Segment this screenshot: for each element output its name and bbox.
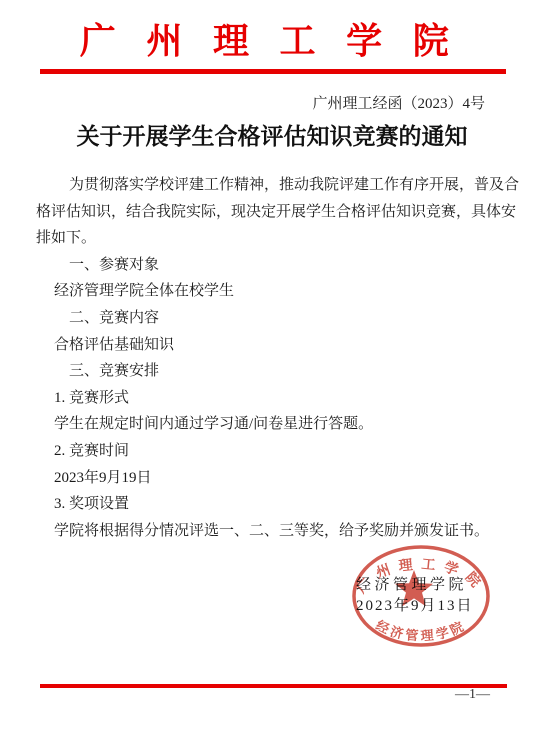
institution-name: 广州理工学院 [0, 0, 544, 61]
body-line: 学院将根据得分情况评选一、二、三等奖，给予奖励并颁发证书。 [36, 518, 506, 545]
signature-date: 2023年9月13日 [356, 596, 474, 617]
seal-bottom-text: 经济管理学院 [374, 617, 469, 643]
header-rule [40, 69, 506, 74]
document-page: 广州理工学院 广州理工经函（2023）4号 关于开展学生合格评估知识竞赛的通知 … [0, 0, 544, 734]
signature-block: 经济管理学院 2023年9月13日 [356, 575, 474, 617]
body-line: 2. 竞赛时间 [36, 438, 506, 465]
body-line: 一、参赛对象 [36, 252, 506, 279]
svg-text:经济管理学院: 经济管理学院 [374, 617, 469, 643]
body-line: 1. 竞赛形式 [36, 385, 506, 412]
body-line: 合格评估基础知识 [36, 332, 506, 359]
body-line: 经济管理学院全体在校学生 [36, 278, 506, 305]
body-line: 为贯彻落实学校评建工作精神，推动我院评建工作有序开展，普及合 [36, 172, 506, 199]
doc-body: 为贯彻落实学校评建工作精神，推动我院评建工作有序开展，普及合格评估知识，结合我院… [36, 172, 506, 544]
doc-ref-number: 广州理工经函（2023）4号 [0, 94, 485, 114]
signature-department: 经济管理学院 [356, 575, 474, 596]
page-number: —1— [455, 687, 490, 703]
body-line: 二、竞赛内容 [36, 305, 506, 332]
body-line: 3. 奖项设置 [36, 491, 506, 518]
body-line: 2023年9月19日 [36, 465, 506, 492]
footer-rule [40, 684, 507, 688]
doc-title: 关于开展学生合格评估知识竞赛的通知 [0, 121, 544, 151]
body-line: 学生在规定时间内通过学习通/问卷星进行答题。 [36, 411, 506, 438]
body-line: 三、竞赛安排 [36, 358, 506, 385]
body-line: 格评估知识，结合我院实际，现决定开展学生合格评估知识竞赛，具体安 [36, 199, 506, 226]
body-line: 排如下。 [36, 225, 506, 252]
